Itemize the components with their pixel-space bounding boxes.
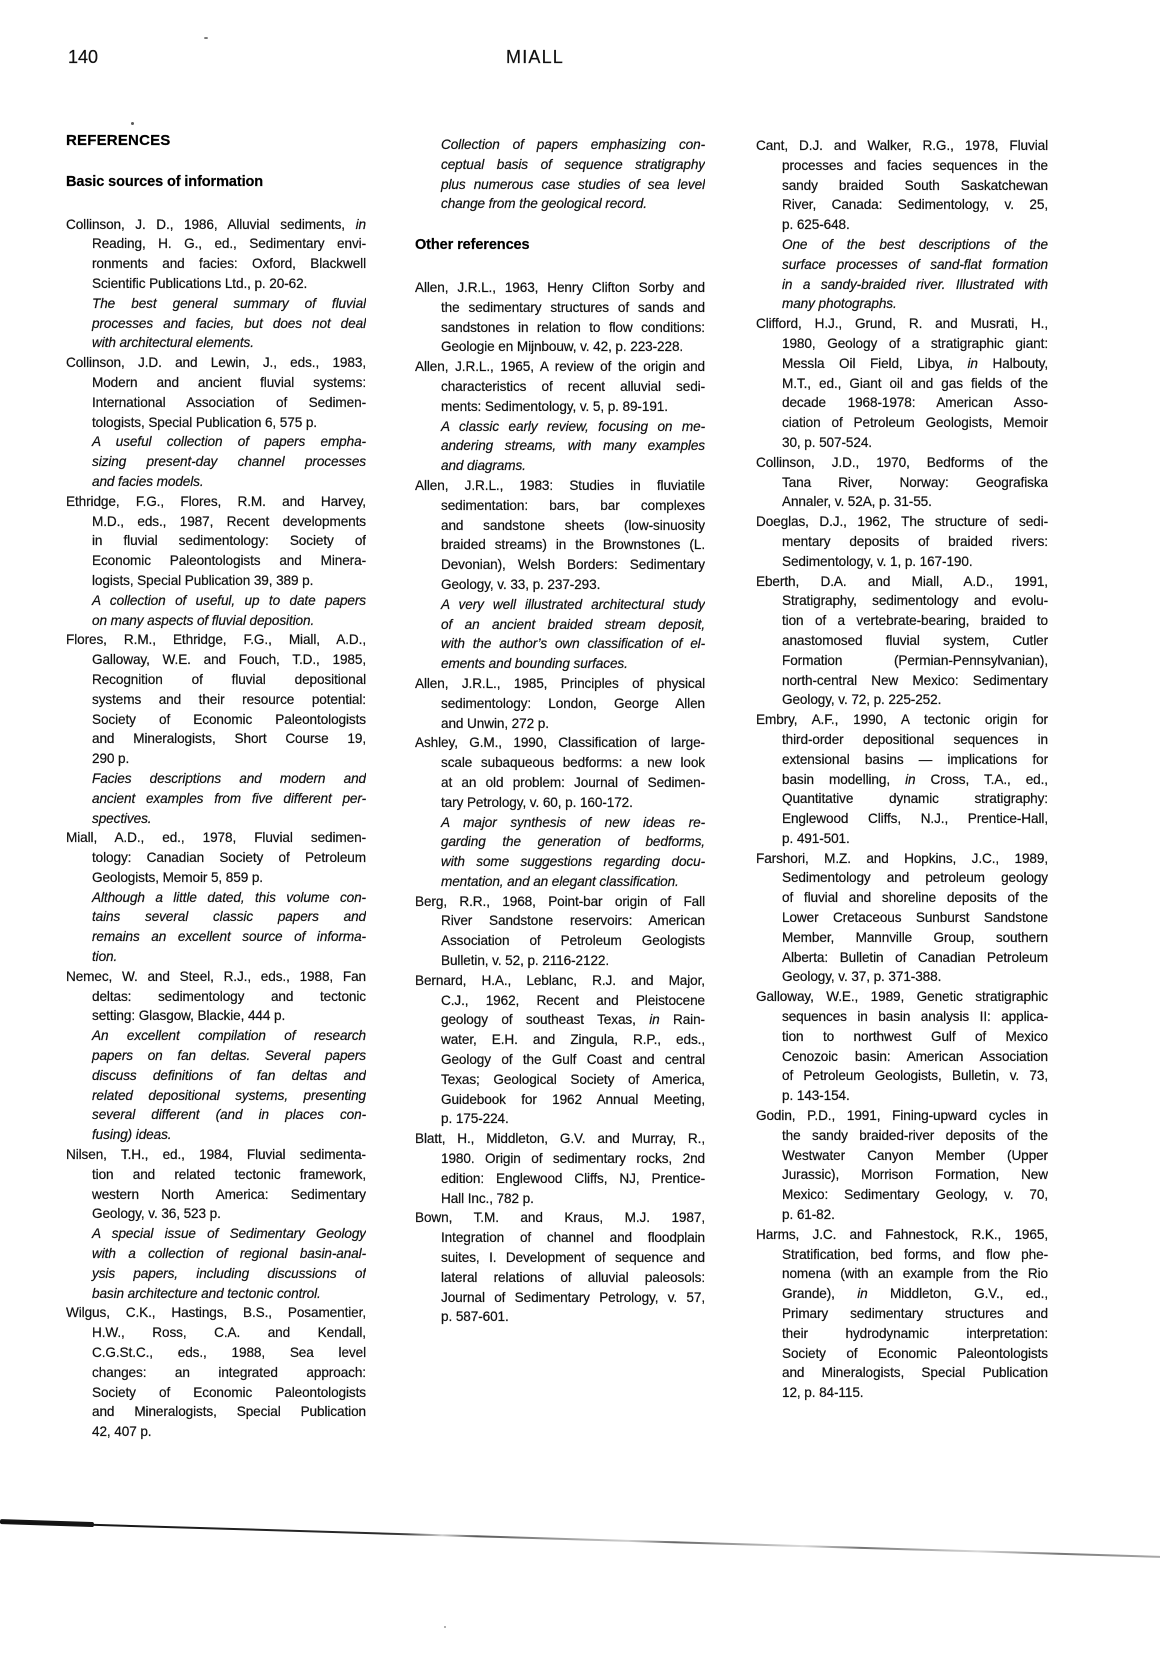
scan-speckle bbox=[444, 1626, 446, 1628]
reference-line: with architectural elements. bbox=[66, 333, 366, 353]
reference-line: Godin, P.D., 1991, Fining-upward cycles … bbox=[756, 1106, 1048, 1126]
reference-line: Westwater Canyon Member (Upper bbox=[756, 1146, 1048, 1166]
reference-line: p. 625-648. bbox=[756, 215, 1048, 235]
reference-line: Flores, R.M., Ethridge, F.G., Miall, A.D… bbox=[66, 630, 366, 650]
reference-entry: Harms, J.C. and Fahnestock, R.K., 1965,S… bbox=[756, 1225, 1048, 1403]
reference-line: sequences in basin analysis II: applica- bbox=[756, 1007, 1048, 1027]
reference-line: Economic Paleontologists and Minera- bbox=[66, 551, 366, 571]
reference-line: Scientific Publications Ltd., p. 20-62. bbox=[66, 274, 366, 294]
reference-line: tologists, Special Publication 6, 575 p. bbox=[66, 413, 366, 433]
italic-text: in bbox=[649, 1012, 659, 1027]
italic-text: in a sandy-braided river. Illustrated wi… bbox=[782, 277, 1048, 292]
reference-line: Society of Economic Paleontologists bbox=[66, 710, 366, 730]
reference-line: at an old problem: Journal of Sedimen- bbox=[415, 773, 705, 793]
running-head: MIALL bbox=[506, 47, 564, 68]
italic-text: plus numerous case studies of sea level bbox=[441, 177, 705, 192]
reference-line: Nemec, W. and Steel, R.J., eds., 1988, F… bbox=[66, 967, 366, 987]
reference-line: change from the geological record. bbox=[415, 194, 705, 214]
italic-text: surface processes of sand-flat formation bbox=[782, 257, 1048, 272]
scanned-document-page: 140 MIALL REFERENCESBasic sources of inf… bbox=[0, 0, 1160, 1658]
reference-entry: Eberth, D.A. and Miall, A.D., 1991,Strat… bbox=[756, 572, 1048, 711]
reference-line: tary Petrology, v. 60, p. 160-172. bbox=[415, 793, 705, 813]
reference-line: p. 143-154. bbox=[756, 1086, 1048, 1106]
scan-artifact-line bbox=[0, 1521, 1160, 1558]
reference-line: Allen, J.R.L., 1985, Principles of physi… bbox=[415, 674, 705, 694]
reference-line: many photographs. bbox=[756, 294, 1048, 314]
italic-text: ceptual basis of sequence stratigraphy bbox=[441, 157, 705, 172]
italic-text: An excellent compilation of research bbox=[92, 1028, 366, 1043]
reference-line: Modern and ancient fluvial systems: bbox=[66, 373, 366, 393]
italic-text: A very well illustrated architectural st… bbox=[441, 597, 705, 612]
section-heading: Basic sources of information bbox=[66, 173, 366, 193]
reference-line: M.T., ed., Giant oil and gas fields of t… bbox=[756, 374, 1048, 394]
reference-entry: Nilsen, T.H., ed., 1984, Fluvial sedimen… bbox=[66, 1145, 366, 1303]
italic-text: many photographs. bbox=[782, 296, 897, 311]
reference-line: papers on fan deltas. Several papers bbox=[66, 1046, 366, 1066]
reference-line: Englewood Cliffs, N.J., Prentice-Hall, bbox=[756, 809, 1048, 829]
reference-entry: Godin, P.D., 1991, Fining-upward cycles … bbox=[756, 1106, 1048, 1225]
reference-line: Annaler, v. 52A, p. 31-55. bbox=[756, 492, 1048, 512]
italic-text: discuss definitions of fan deltas and bbox=[92, 1068, 366, 1083]
italic-text: with the author’s own classification of … bbox=[441, 636, 705, 651]
reference-line: Jurassic), Morrison Formation, New bbox=[756, 1165, 1048, 1185]
italic-text: One of the best descriptions of the bbox=[782, 237, 1048, 252]
reference-line: Geologists, Memoir 5, 859 p. bbox=[66, 868, 366, 888]
reference-entry: Allen, J.R.L., 1985, Principles of physi… bbox=[415, 674, 705, 733]
reference-line: Allen, J.R.L., 1983: Studies in fluviati… bbox=[415, 476, 705, 496]
reference-line: A classic early review, focusing on me- bbox=[415, 417, 705, 437]
references-column-3: Cant, D.J. and Walker, R.G., 1978, Fluvi… bbox=[756, 136, 1048, 1403]
reference-line: International Association of Sedimen- bbox=[66, 393, 366, 413]
reference-line: with a collection of regional basin-anal… bbox=[66, 1244, 366, 1264]
reference-entry: Allen, J.R.L., 1965, A review of the ori… bbox=[415, 357, 705, 476]
reference-line: fusing) ideas. bbox=[66, 1125, 366, 1145]
italic-text: A useful collection of papers empha- bbox=[92, 434, 366, 449]
reference-line: Sedimentology and petroleum geology bbox=[756, 868, 1048, 888]
reference-line: Grande), in Middleton, G.V., ed., bbox=[756, 1284, 1048, 1304]
reference-entry: Bernard, H.A., Leblanc, R.J. and Major,C… bbox=[415, 971, 705, 1129]
reference-entry: Collinson, J.D., 1970, Bedforms of theTa… bbox=[756, 453, 1048, 512]
reference-line: Farshori, M.Z. and Hopkins, J.C., 1989, bbox=[756, 849, 1048, 869]
reference-line: tion and related tectonic framework, bbox=[66, 1165, 366, 1185]
reference-line: characteristics of recent alluvial sedi- bbox=[415, 377, 705, 397]
italic-text: A classic early review, focusing on me- bbox=[441, 419, 705, 434]
reference-line: western North America: Sedimentary bbox=[66, 1185, 366, 1205]
reference-entry: Embry, A.F., 1990, A tectonic origin for… bbox=[756, 710, 1048, 849]
reference-line: geology of southeast Texas, in Rain- bbox=[415, 1010, 705, 1030]
references-heading: REFERENCES bbox=[66, 131, 366, 151]
reference-line: scale subaqueous bedforms: a new look bbox=[415, 753, 705, 773]
reference-line: Stratigraphy, sedimentology and evolu- bbox=[756, 591, 1048, 611]
italic-text: in bbox=[857, 1286, 867, 1301]
reference-line: Eberth, D.A. and Miall, A.D., 1991, bbox=[756, 572, 1048, 592]
italic-text: A collection of useful, up to date paper… bbox=[92, 593, 366, 608]
reference-line: changes: an integrated approach: bbox=[66, 1363, 366, 1383]
reference-line: ements and bounding surfaces. bbox=[415, 654, 705, 674]
reference-line: Geology, v. 36, 523 p. bbox=[66, 1204, 366, 1224]
reference-line: related depositional systems, presenting bbox=[66, 1086, 366, 1106]
reference-line: the sedimentary structures of sands and bbox=[415, 298, 705, 318]
reference-line: Cenozoic basin: American Association bbox=[756, 1047, 1048, 1067]
italic-text: related depositional systems, presenting bbox=[92, 1088, 366, 1103]
reference-line: and Mineralogists, Short Course 19, bbox=[66, 729, 366, 749]
page-number: 140 bbox=[68, 47, 98, 68]
reference-line: suites, I. Development of sequence and bbox=[415, 1248, 705, 1268]
reference-line: Collinson, J. D., 1986, Alluvial sedimen… bbox=[66, 215, 366, 235]
reference-line: ancient examples from five different per… bbox=[66, 789, 366, 809]
italic-text: processes and facies, but does not deal bbox=[92, 316, 366, 331]
reference-line: Mexico: Sedimentary Geology, v. 70, bbox=[756, 1185, 1048, 1205]
reference-line: Doeglas, D.J., 1962, The structure of se… bbox=[756, 512, 1048, 532]
reference-line: spectives. bbox=[66, 809, 366, 829]
italic-text: Although a little dated, this volume con… bbox=[92, 890, 366, 905]
reference-entry: Blatt, H., Middleton, G.V. and Murray, R… bbox=[415, 1129, 705, 1208]
reference-line: basin architecture and tectonic control. bbox=[66, 1284, 366, 1304]
reference-line: Collection of papers emphasizing con- bbox=[415, 135, 705, 155]
reference-line: systems and their resource potential: bbox=[66, 690, 366, 710]
italic-text: ysis papers, including discussions of bbox=[92, 1266, 366, 1281]
reference-line: Primary sedimentary structures and bbox=[756, 1304, 1048, 1324]
reference-line: Galloway, W.E., 1989, Genetic stratigrap… bbox=[756, 987, 1048, 1007]
reference-line: and Mineralogists, Special Publication bbox=[66, 1402, 366, 1422]
reference-line: braided streams) in the Brownstones (L. bbox=[415, 535, 705, 555]
reference-line: ciation of Petroleum Geologists, Memoir bbox=[756, 413, 1048, 433]
reference-line: p. 61-82. bbox=[756, 1205, 1048, 1225]
reference-entry: Wilgus, C.K., Hastings, B.S., Posamentie… bbox=[66, 1303, 366, 1442]
italic-text: ements and bounding surfaces. bbox=[441, 656, 628, 671]
reference-line: surface processes of sand-flat formation bbox=[756, 255, 1048, 275]
italic-text: sizing present-day channel processes bbox=[92, 454, 366, 469]
reference-line: remains an excellent source of informa- bbox=[66, 927, 366, 947]
italic-text: papers on fan deltas. Several papers bbox=[92, 1048, 366, 1063]
reference-entry: Miall, A.D., ed., 1978, Fluvial sedimen-… bbox=[66, 828, 366, 967]
reference-line: north-central New Mexico: Sedimentary bbox=[756, 671, 1048, 691]
reference-line: decade 1968-1978: American Asso- bbox=[756, 393, 1048, 413]
reference-line: A very well illustrated architectural st… bbox=[415, 595, 705, 615]
reference-line: lateral relations of alluvial paleosols: bbox=[415, 1268, 705, 1288]
reference-line: processes and facies, but does not deal bbox=[66, 314, 366, 334]
reference-line: Geology, v. 37, p. 371-388. bbox=[756, 967, 1048, 987]
reference-line: edition: Englewood Cliffs, NJ, Prentice- bbox=[415, 1169, 705, 1189]
italic-text: basin architecture and tectonic control. bbox=[92, 1286, 321, 1301]
reference-line: Integration of channel and floodplain bbox=[415, 1228, 705, 1248]
reference-line: C.J., 1962, Recent and Pleistocene bbox=[415, 991, 705, 1011]
reference-line: Berg, R.R., 1968, Point-bar origin of Fa… bbox=[415, 892, 705, 912]
reference-line: 30, p. 507-524. bbox=[756, 433, 1048, 453]
italic-text: with some suggestions regarding docu- bbox=[441, 854, 705, 869]
reference-line: Allen, J.R.L., 1963, Henry Clifton Sorby… bbox=[415, 278, 705, 298]
references-column-1: REFERENCESBasic sources of informationCo… bbox=[66, 131, 366, 1442]
italic-text: and diagrams. bbox=[441, 458, 526, 473]
reference-entry: Nemec, W. and Steel, R.J., eds., 1988, F… bbox=[66, 967, 366, 1145]
reference-line: p. 587-601. bbox=[415, 1307, 705, 1327]
reference-line: and sandstone sheets (low-sinuosity bbox=[415, 516, 705, 536]
reference-line: The best general summary of fluvial bbox=[66, 294, 366, 314]
italic-text: andering streams, with many examples bbox=[441, 438, 705, 453]
reference-line: nomena (with an example from the Rio bbox=[756, 1264, 1048, 1284]
reference-line: Miall, A.D., ed., 1978, Fluvial sedimen- bbox=[66, 828, 366, 848]
italic-text: in bbox=[905, 772, 915, 787]
reference-entry: Galloway, W.E., 1989, Genetic stratigrap… bbox=[756, 987, 1048, 1106]
reference-line: One of the best descriptions of the bbox=[756, 235, 1048, 255]
reference-entry: Cant, D.J. and Walker, R.G., 1978, Fluvi… bbox=[756, 136, 1048, 314]
scan-speckle bbox=[131, 122, 134, 125]
reference-entry: Doeglas, D.J., 1962, The structure of se… bbox=[756, 512, 1048, 571]
reference-line: An excellent compilation of research bbox=[66, 1026, 366, 1046]
italic-text: in bbox=[967, 356, 977, 371]
italic-text: on many aspects of fluvial deposition. bbox=[92, 613, 314, 628]
italic-text: Collection of papers emphasizing con- bbox=[441, 137, 705, 152]
reference-line: andering streams, with many examples bbox=[415, 436, 705, 456]
reference-entry: Ashley, G.M., 1990, Classification of la… bbox=[415, 733, 705, 891]
scan-speckle bbox=[204, 37, 208, 39]
reference-line: 42, 407 p. bbox=[66, 1422, 366, 1442]
italic-text: fusing) ideas. bbox=[92, 1127, 171, 1142]
reference-line: and Mineralogists, Special Publication bbox=[756, 1363, 1048, 1383]
reference-entry: Bown, T.M. and Kraus, M.J. 1987,Integrat… bbox=[415, 1208, 705, 1327]
reference-line: plus numerous case studies of sea level bbox=[415, 175, 705, 195]
reference-line: Hall Inc., 782 p. bbox=[415, 1189, 705, 1209]
reference-line: sandy braided South Saskatchewan bbox=[756, 176, 1048, 196]
italic-text: remains an excellent source of informa- bbox=[92, 929, 366, 944]
reference-line: C.G.St.C., eds., 1988, Sea level bbox=[66, 1343, 366, 1363]
reference-line: the sandy braided-river deposits of the bbox=[756, 1126, 1048, 1146]
reference-line: Member, Mannville Group, southern bbox=[756, 928, 1048, 948]
reference-line: Recognition of fluvial depositional bbox=[66, 670, 366, 690]
reference-line: tion. bbox=[66, 947, 366, 967]
reference-line: in a sandy-braided river. Illustrated wi… bbox=[756, 275, 1048, 295]
reference-line: Society of Economic Paleontologists bbox=[756, 1344, 1048, 1364]
reference-line: sizing present-day channel processes bbox=[66, 452, 366, 472]
italic-text: A special issue of Sedimentary Geology bbox=[92, 1226, 366, 1241]
reference-line: sedimentation: bars, bar complexes bbox=[415, 496, 705, 516]
reference-line: Ethridge, F.G., Flores, R.M. and Harvey, bbox=[66, 492, 366, 512]
reference-line: processes and facies sequences in the bbox=[756, 156, 1048, 176]
reference-line: Geology, v. 72, p. 225-252. bbox=[756, 690, 1048, 710]
reference-line: water, E.H. and Zingula, R.P., eds., bbox=[415, 1030, 705, 1050]
italic-text: with architectural elements. bbox=[92, 335, 254, 350]
italic-text: several different (and in places con- bbox=[92, 1107, 366, 1122]
reference-line: Bown, T.M. and Kraus, M.J. 1987, bbox=[415, 1208, 705, 1228]
reference-entry: Clifford, H.J., Grund, R. and Musrati, H… bbox=[756, 314, 1048, 453]
reference-line: Ashley, G.M., 1990, Classification of la… bbox=[415, 733, 705, 753]
reference-line: Collinson, J.D., 1970, Bedforms of the bbox=[756, 453, 1048, 473]
reference-line: of an ancient braided stream deposit, bbox=[415, 615, 705, 635]
italic-text: tion. bbox=[92, 949, 117, 964]
reference-line: Texas; Geological Society of America, bbox=[415, 1070, 705, 1090]
reference-line: mentary deposits of braided rivers: bbox=[756, 532, 1048, 552]
reference-line: Reading, H. G., ed., Sedimentary envi- bbox=[66, 234, 366, 254]
reference-line: Facies descriptions and modern and bbox=[66, 769, 366, 789]
reference-line: deltas: sedimentology and tectonic bbox=[66, 987, 366, 1007]
reference-line: tion to northwest Gulf of Mexico bbox=[756, 1027, 1048, 1047]
reference-entry: Collection of papers emphasizing con-cep… bbox=[415, 135, 705, 214]
reference-line: Journal of Sedimentary Petrology, v. 57, bbox=[415, 1288, 705, 1308]
reference-line: Geologie en Mijnbouw, v. 42, p. 223-228. bbox=[415, 337, 705, 357]
reference-line: tology: Canadian Society of Petroleum bbox=[66, 848, 366, 868]
reference-line: Wilgus, C.K., Hastings, B.S., Posamentie… bbox=[66, 1303, 366, 1323]
reference-line: Nilsen, T.H., ed., 1984, Fluvial sedimen… bbox=[66, 1145, 366, 1165]
reference-entry: Allen, J.R.L., 1983: Studies in fluviati… bbox=[415, 476, 705, 674]
reference-line: ysis papers, including discussions of bbox=[66, 1264, 366, 1284]
references-column-2: Collection of papers emphasizing con-cep… bbox=[415, 135, 705, 1327]
reference-line: Galloway, W.E. and Fouch, T.D., 1985, bbox=[66, 650, 366, 670]
reference-line: mentation, and an elegant classification… bbox=[415, 872, 705, 892]
italic-text: spectives. bbox=[92, 811, 151, 826]
italic-text: and facies models. bbox=[92, 474, 204, 489]
italic-text: mentation, and an elegant classification… bbox=[441, 874, 679, 889]
italic-text: A major synthesis of new ideas re- bbox=[441, 815, 705, 830]
reference-line: with the author’s own classification of … bbox=[415, 634, 705, 654]
reference-entry: Ethridge, F.G., Flores, R.M. and Harvey,… bbox=[66, 492, 366, 631]
reference-line: Bernard, H.A., Leblanc, R.J. and Major, bbox=[415, 971, 705, 991]
reference-line: Although a little dated, this volume con… bbox=[66, 888, 366, 908]
italic-text: The best general summary of fluvial bbox=[92, 296, 366, 311]
italic-text: in bbox=[356, 217, 366, 232]
section-heading: Other references bbox=[415, 236, 705, 256]
italic-text: garding the generation of bedforms, bbox=[441, 834, 705, 849]
reference-entry: Farshori, M.Z. and Hopkins, J.C., 1989,S… bbox=[756, 849, 1048, 988]
reference-line: in fluvial sedimentology: Society of bbox=[66, 531, 366, 551]
reference-line: tion of a vertebrate-bearing, braided to bbox=[756, 611, 1048, 631]
reference-line: and Unwin, 272 p. bbox=[415, 714, 705, 734]
reference-line: anastomosed fluvial system, Cutler bbox=[756, 631, 1048, 651]
reference-line: Sedimentology, v. 1, p. 167-190. bbox=[756, 552, 1048, 572]
reference-line: on many aspects of fluvial deposition. bbox=[66, 611, 366, 631]
reference-line: setting: Glasgow, Blackie, 444 p. bbox=[66, 1006, 366, 1026]
reference-line: Alberta: Bulletin of Canadian Petroleum bbox=[756, 948, 1048, 968]
reference-entry: Flores, R.M., Ethridge, F.G., Miall, A.D… bbox=[66, 630, 366, 828]
reference-line: Collinson, J.D. and Lewin, J., eds., 198… bbox=[66, 353, 366, 373]
reference-line: Lower Cretaceous Sunburst Sandstone bbox=[756, 908, 1048, 928]
italic-text: tains several classic papers and bbox=[92, 909, 366, 924]
reference-line: basin modelling, in Cross, T.A., ed., bbox=[756, 770, 1048, 790]
reference-line: A major synthesis of new ideas re- bbox=[415, 813, 705, 833]
reference-line: A useful collection of papers empha- bbox=[66, 432, 366, 452]
reference-line: third-order depositional sequences in bbox=[756, 730, 1048, 750]
reference-line: extensional basins — implications for bbox=[756, 750, 1048, 770]
italic-text: ancient examples from five different per… bbox=[92, 791, 366, 806]
reference-line: Association of Petroleum Geologists bbox=[415, 931, 705, 951]
reference-line: of fluvial and shoreline deposits of the bbox=[756, 888, 1048, 908]
reference-line: Bulletin, v. 52, p. 2116-2122. bbox=[415, 951, 705, 971]
reference-line: p. 175-224. bbox=[415, 1109, 705, 1129]
reference-entry: Collinson, J.D. and Lewin, J., eds., 198… bbox=[66, 353, 366, 492]
reference-line: sandstones in relation to flow condition… bbox=[415, 318, 705, 338]
reference-line: garding the generation of bedforms, bbox=[415, 832, 705, 852]
reference-line: A collection of useful, up to date paper… bbox=[66, 591, 366, 611]
reference-line: tains several classic papers and bbox=[66, 907, 366, 927]
reference-line: 12, p. 84-115. bbox=[756, 1383, 1048, 1403]
reference-line: logists, Special Publication 39, 389 p. bbox=[66, 571, 366, 591]
reference-line: Stratification, bed forms, and flow phe- bbox=[756, 1245, 1048, 1265]
reference-line: M.D., eds., 1987, Recent developments bbox=[66, 512, 366, 532]
reference-line: p. 491-501. bbox=[756, 829, 1048, 849]
italic-text: of an ancient braided stream deposit, bbox=[441, 617, 705, 632]
reference-line: Blatt, H., Middleton, G.V. and Murray, R… bbox=[415, 1129, 705, 1149]
reference-line: Clifford, H.J., Grund, R. and Musrati, H… bbox=[756, 314, 1048, 334]
reference-line: ments: Sedimentology, v. 5, p. 89-191. bbox=[415, 397, 705, 417]
reference-line: Society of Economic Paleontologists bbox=[66, 1383, 366, 1403]
reference-line: Messla Oil Field, Libya, in Halbouty, bbox=[756, 354, 1048, 374]
reference-line: Quantitative dynamic stratigraphy: bbox=[756, 789, 1048, 809]
reference-line: Devonian), Welsh Borders: Sedimentary bbox=[415, 555, 705, 575]
reference-line: H.W., Ross, C.A. and Kendall, bbox=[66, 1323, 366, 1343]
reference-line: Harms, J.C. and Fahnestock, R.K., 1965, bbox=[756, 1225, 1048, 1245]
reference-line: Embry, A.F., 1990, A tectonic origin for bbox=[756, 710, 1048, 730]
reference-line: Tana River, Norway: Geografiska bbox=[756, 473, 1048, 493]
reference-entry: Berg, R.R., 1968, Point-bar origin of Fa… bbox=[415, 892, 705, 971]
reference-line: of Petroleum Geologists, Bulletin, v. 73… bbox=[756, 1066, 1048, 1086]
italic-text: Facies descriptions and modern and bbox=[92, 771, 366, 786]
reference-entry: Collinson, J. D., 1986, Alluvial sedimen… bbox=[66, 215, 366, 354]
reference-line: 1980. Origin of sedimentary rocks, 2nd bbox=[415, 1149, 705, 1169]
reference-line: with some suggestions regarding docu- bbox=[415, 852, 705, 872]
reference-line: Cant, D.J. and Walker, R.G., 1978, Fluvi… bbox=[756, 136, 1048, 156]
reference-line: ceptual basis of sequence stratigraphy bbox=[415, 155, 705, 175]
reference-line: Geology, v. 33, p. 237-293. bbox=[415, 575, 705, 595]
reference-line: ronments and facies: Oxford, Blackwell bbox=[66, 254, 366, 274]
reference-line: A special issue of Sedimentary Geology bbox=[66, 1224, 366, 1244]
reference-line: Geology of the Gulf Coast and central bbox=[415, 1050, 705, 1070]
reference-line: River, Canada: Sedimentology, v. 25, bbox=[756, 195, 1048, 215]
reference-line: Guidebook for 1962 Annual Meeting, bbox=[415, 1090, 705, 1110]
reference-line: 1980, Geology of a stratigraphic giant: bbox=[756, 334, 1048, 354]
reference-line: their hydrodynamic interpretation: bbox=[756, 1324, 1048, 1344]
reference-line: discuss definitions of fan deltas and bbox=[66, 1066, 366, 1086]
reference-line: Formation (Permian-Pennsylvanian), bbox=[756, 651, 1048, 671]
reference-entry: Allen, J.R.L., 1963, Henry Clifton Sorby… bbox=[415, 278, 705, 357]
italic-text: change from the geological record. bbox=[441, 196, 647, 211]
reference-line: several different (and in places con- bbox=[66, 1105, 366, 1125]
reference-line: River Sandstone reservoirs: American bbox=[415, 911, 705, 931]
italic-text: with a collection of regional basin-anal… bbox=[92, 1246, 366, 1261]
reference-line: Allen, J.R.L., 1965, A review of the ori… bbox=[415, 357, 705, 377]
reference-line: 290 p. bbox=[66, 749, 366, 769]
reference-line: and diagrams. bbox=[415, 456, 705, 476]
reference-line: and facies models. bbox=[66, 472, 366, 492]
reference-line: sedimentology: London, George Allen bbox=[415, 694, 705, 714]
